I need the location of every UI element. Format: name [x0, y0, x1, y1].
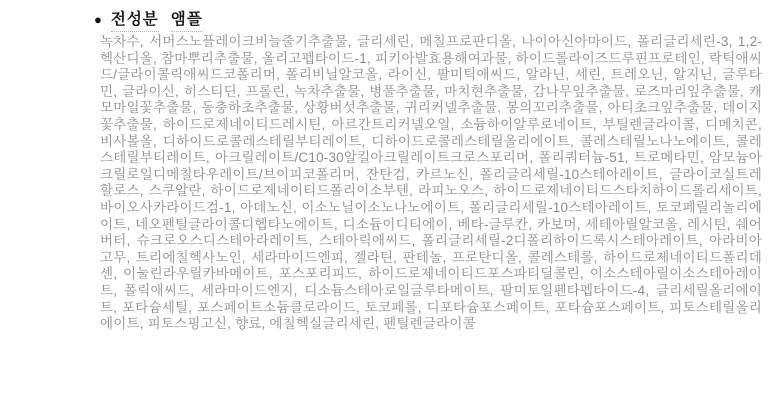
ingredients-text: 녹차수, 서머스노플레이크비늘줄기추출물, 글리세린, 메칠프로판디올, 나이아… [100, 34, 762, 333]
section-title-word-2: 앰플 [171, 7, 203, 32]
section-title-word-1: 전성분 [111, 7, 159, 32]
section-header: ● 전성분 앰플 [94, 7, 203, 32]
ingredients-document: ● 전성분 앰플 녹차수, 서머스노플레이크비늘줄기추출물, 글리세린, 메칠프… [0, 0, 780, 398]
bullet-icon: ● [94, 13, 102, 26]
